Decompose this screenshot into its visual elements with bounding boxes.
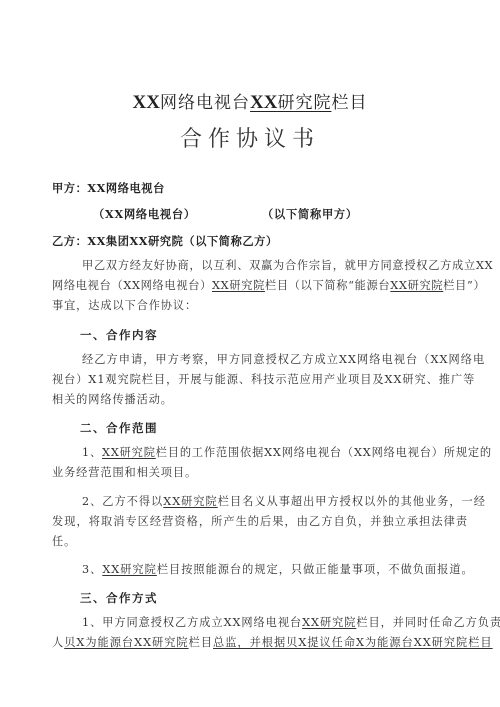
party-a-line: 甲方：XX网络电视台 — [52, 180, 165, 196]
intro-underlined-name: XX研究院 — [212, 279, 265, 292]
section-2-item-1: 1、XX研究院栏目的工作范围依据XX网络电视台（XX网络电视台）所规定的 — [82, 445, 492, 461]
section-3-item-1: 1、甲方同意授权乙方成立XX网络电视台XX研究院栏目，并同时任命乙方负责 — [82, 615, 500, 631]
party-a-name: XX网络电视台 — [87, 181, 165, 195]
item-underlined-name: XX研究院 — [102, 563, 157, 576]
title-part-2: 网络电视台 — [160, 93, 250, 113]
item-prefix: 3、 — [82, 563, 102, 576]
item-underlined-name: XX研究院 — [302, 616, 356, 629]
title-part-3: XX — [250, 92, 277, 113]
item-text: 人 — [52, 636, 64, 649]
document-page: XX网络电视台XX研究院栏目 合作协议书 甲方：XX网络电视台 （XX网络电视台… — [0, 0, 500, 707]
item-underlined-name: XX研究院 — [102, 446, 156, 459]
item-text: 栏目名义从事超出甲方授权以外的其他业务，一经 — [218, 495, 486, 508]
document-subtitle: 合作协议书 — [0, 122, 500, 153]
document-title: XX网络电视台XX研究院栏目 — [0, 88, 500, 114]
intro-text: 网络电视台（XX网络电视台） — [52, 279, 212, 292]
item-text: 栏目，并同时任命乙方负责 — [356, 616, 500, 629]
item-underlined-text: 总监，并根据贝X提议任命X为能源台XX研究院栏目 — [213, 636, 493, 649]
item-underlined-name: 贝X为能源台XX研究院 — [64, 636, 188, 649]
item-prefix: 1、甲方同意授权乙方成立XX网络电视台 — [82, 616, 302, 629]
item-prefix: 2、乙方不得以 — [82, 495, 163, 508]
section-1-line-3: 相关的网络传播活动。 — [52, 392, 173, 408]
intro-text: 栏目（以下简称“能源台 — [265, 279, 390, 292]
intro-underlined-name: XX研究院 — [390, 279, 443, 292]
section-2-item-2-line-2: 发现，将取消专区经营资格，所产生的后果，由乙方自负，并独立承担法律责 — [52, 514, 468, 530]
section-1-line-1: 经乙方申请，甲方考察，甲方同意授权乙方成立XX网络电视台（XX网络电 — [82, 352, 485, 368]
section-2-item-1-line-2: 业务经营范围和相关项目。 — [52, 465, 197, 481]
party-a-label: 甲方： — [52, 181, 87, 195]
section-2-item-2-line-3: 任。 — [52, 534, 76, 550]
intro-line-2: 网络电视台（XX网络电视台）XX研究院栏目（以下简称“能源台XX研究院栏目”） — [52, 278, 485, 294]
title-part-1: XX — [133, 92, 160, 113]
title-part-4: 研究院 — [277, 93, 331, 113]
section-1-line-2: 视台）X1观究院栏目，开展与能源、科技示范应用产业项目及XX研究、推广等 — [52, 372, 475, 388]
section-1-heading: 一、合作内容 — [80, 327, 158, 343]
section-2-item-2: 2、乙方不得以XX研究院栏目名义从事超出甲方授权以外的其他业务，一经 — [82, 494, 486, 510]
intro-line-1: 甲乙双方经友好协商，以互利、双赢为合作宗旨，就甲方同意授权乙方成立XX — [82, 258, 493, 274]
item-text: 栏目按照能源台的规定，只做正能量事项，不做负面报道。 — [157, 563, 474, 576]
intro-line-3: 事宜，达成以下合作协议： — [52, 298, 197, 314]
party-b-name: XX集团XX研究院（以下简称乙方） — [87, 234, 277, 248]
item-underlined-name: XX研究院 — [163, 495, 218, 508]
intro-text: 栏目”） — [443, 279, 485, 292]
section-2-item-3: 3、XX研究院栏目按照能源台的规定，只做正能量事项，不做负面报道。 — [82, 562, 474, 578]
section-3-heading: 三、合作方式 — [80, 590, 158, 606]
item-text: 栏目的工作范围依据XX网络电视台（XX网络电视台）所规定的 — [156, 446, 492, 459]
section-3-item-1-line-2: 人贝X为能源台XX研究院栏目总监，并根据贝X提议任命X为能源台XX研究院栏目 — [52, 635, 493, 651]
section-2-heading: 二、合作范围 — [80, 420, 158, 436]
title-part-5: 栏目 — [331, 93, 367, 113]
party-a-alias-right: （以下简称甲方） — [262, 206, 358, 222]
item-text: 栏目 — [189, 636, 213, 649]
party-b-line: 乙方：XX集团XX研究院（以下简称乙方） — [52, 233, 278, 249]
party-a-alias-left: （XX网络电视台） — [93, 206, 196, 222]
party-b-label: 乙方： — [52, 234, 87, 248]
item-prefix: 1、 — [82, 446, 102, 459]
